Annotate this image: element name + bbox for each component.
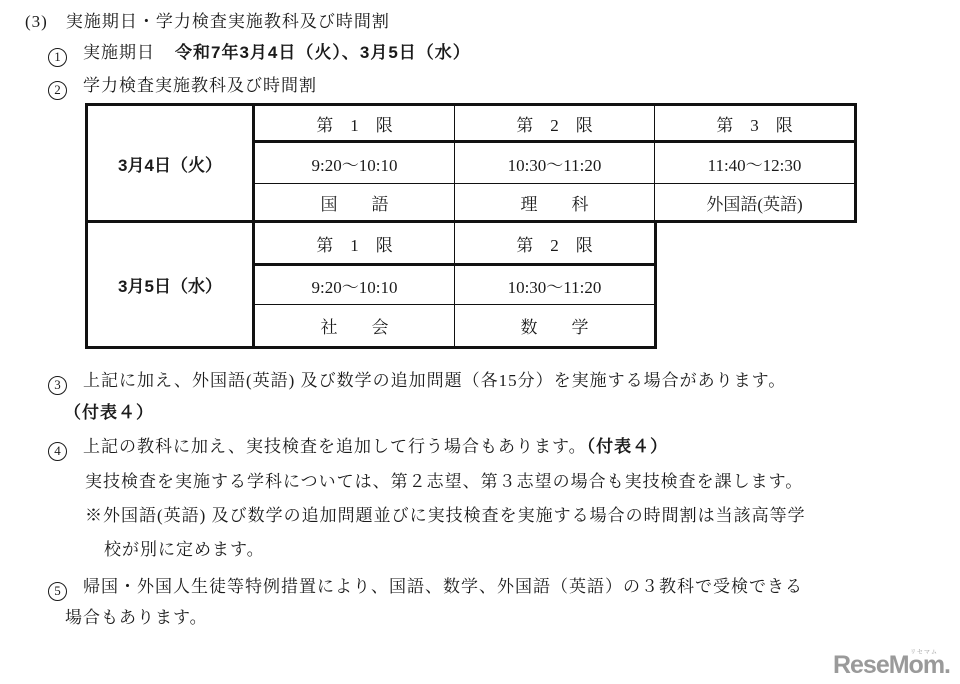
day2-period1-subject-cell: 社 会 — [254, 305, 455, 348]
page-container: (3) 実施期日・学力検査実施教科及び時間割 1実施期日令和7年3月4日（火）、… — [0, 0, 960, 684]
item-5-line1: 5帰国・外国人生徒等特例措置により、国語、数学、外国語（英語）の３教科で受検でき… — [48, 575, 803, 601]
section-heading: (3) 実施期日・学力検査実施教科及び時間割 — [25, 10, 390, 34]
resemom-logo-kana: リセマム — [910, 647, 938, 656]
item-4-note-line2: 校が別に定めます。 — [104, 538, 265, 562]
day2-period1-header-cell: 第 1 限 — [254, 222, 455, 265]
day1-period2-time-cell: 10:30～11:20 — [455, 142, 655, 184]
item-4-line: 4上記の教科に加え、実技検査を追加して行う場合もあります。（付表４） — [48, 435, 668, 461]
item-5-text: 帰国・外国人生徒等特例措置により、国語、数学、外国語（英語）の３教科で受検できる — [83, 577, 803, 596]
day2-period2-time-cell: 10:30～11:20 — [455, 265, 656, 305]
item-4-appendix-ref: （付表４） — [587, 437, 669, 456]
schedule-tables: 3月4日（火） 第 1 限 第 2 限 第 3 限 9:20～10:10 10:… — [85, 103, 857, 349]
day1-period1-time-cell: 9:20～10:10 — [254, 142, 455, 184]
item-5-line2: 場合もあります。 — [65, 606, 208, 630]
day2-period2-header-cell: 第 2 限 — [455, 222, 656, 265]
item-1-line: 1実施期日令和7年3月4日（火）、3月5日（水） — [48, 41, 471, 67]
day2-label-cell: 3月5日（水） — [87, 222, 254, 348]
item-3-appendix-ref: （付表４） — [64, 401, 154, 425]
schedule-table-day1: 3月4日（火） 第 1 限 第 2 限 第 3 限 9:20～10:10 10:… — [85, 103, 857, 223]
day2-period2-subject-cell: 数 学 — [455, 305, 656, 348]
item-1-label: 実施期日 — [83, 43, 155, 62]
item-2-label: 学力検査実施教科及び時間割 — [83, 76, 317, 95]
day1-period3-subject-cell: 外国語(英語) — [655, 184, 856, 222]
day1-period3-header-cell: 第 3 限 — [655, 105, 856, 142]
circled-number-4: 4 — [48, 442, 67, 461]
resemom-logo: リセマム ReseMom. — [833, 651, 950, 680]
circled-number-2: 2 — [48, 81, 67, 100]
circled-number-3: 3 — [48, 376, 67, 395]
circled-number-1: 1 — [48, 48, 67, 67]
item-4-text: 上記の教科に加え、実技検査を追加して行う場合もあります。 — [83, 437, 587, 456]
schedule-table-day2: 3月5日（水） 第 1 限 第 2 限 9:20～10:10 10:30～11:… — [85, 220, 657, 349]
item-4-note-line1: ※外国語(英語) 及び数学の追加問題並びに実技検査を実施する場合の時間割は当該高… — [85, 504, 806, 528]
item-1-dates: 令和7年3月4日（火）、3月5日（水） — [175, 43, 471, 62]
item-2-line: 2学力検査実施教科及び時間割 — [48, 74, 317, 100]
item-3-text: 上記に加え、外国語(英語) 及び数学の追加問題（各15分）を実施する場合がありま… — [83, 371, 786, 390]
circled-number-5: 5 — [48, 582, 67, 601]
day1-period3-time-cell: 11:40～12:30 — [655, 142, 856, 184]
item-4-detail-line: 実技検査を実施する学科については、第２志望、第３志望の場合も実技検査を課します。 — [85, 470, 803, 494]
day1-label-cell: 3月4日（火） — [87, 105, 254, 222]
day2-period1-time-cell: 9:20～10:10 — [254, 265, 455, 305]
day1-period1-subject-cell: 国 語 — [254, 184, 455, 222]
item-3-line: 3上記に加え、外国語(英語) 及び数学の追加問題（各15分）を実施する場合があり… — [48, 369, 786, 395]
day1-period2-subject-cell: 理 科 — [455, 184, 655, 222]
day1-period1-header-cell: 第 1 限 — [254, 105, 455, 142]
day1-period2-header-cell: 第 2 限 — [455, 105, 655, 142]
